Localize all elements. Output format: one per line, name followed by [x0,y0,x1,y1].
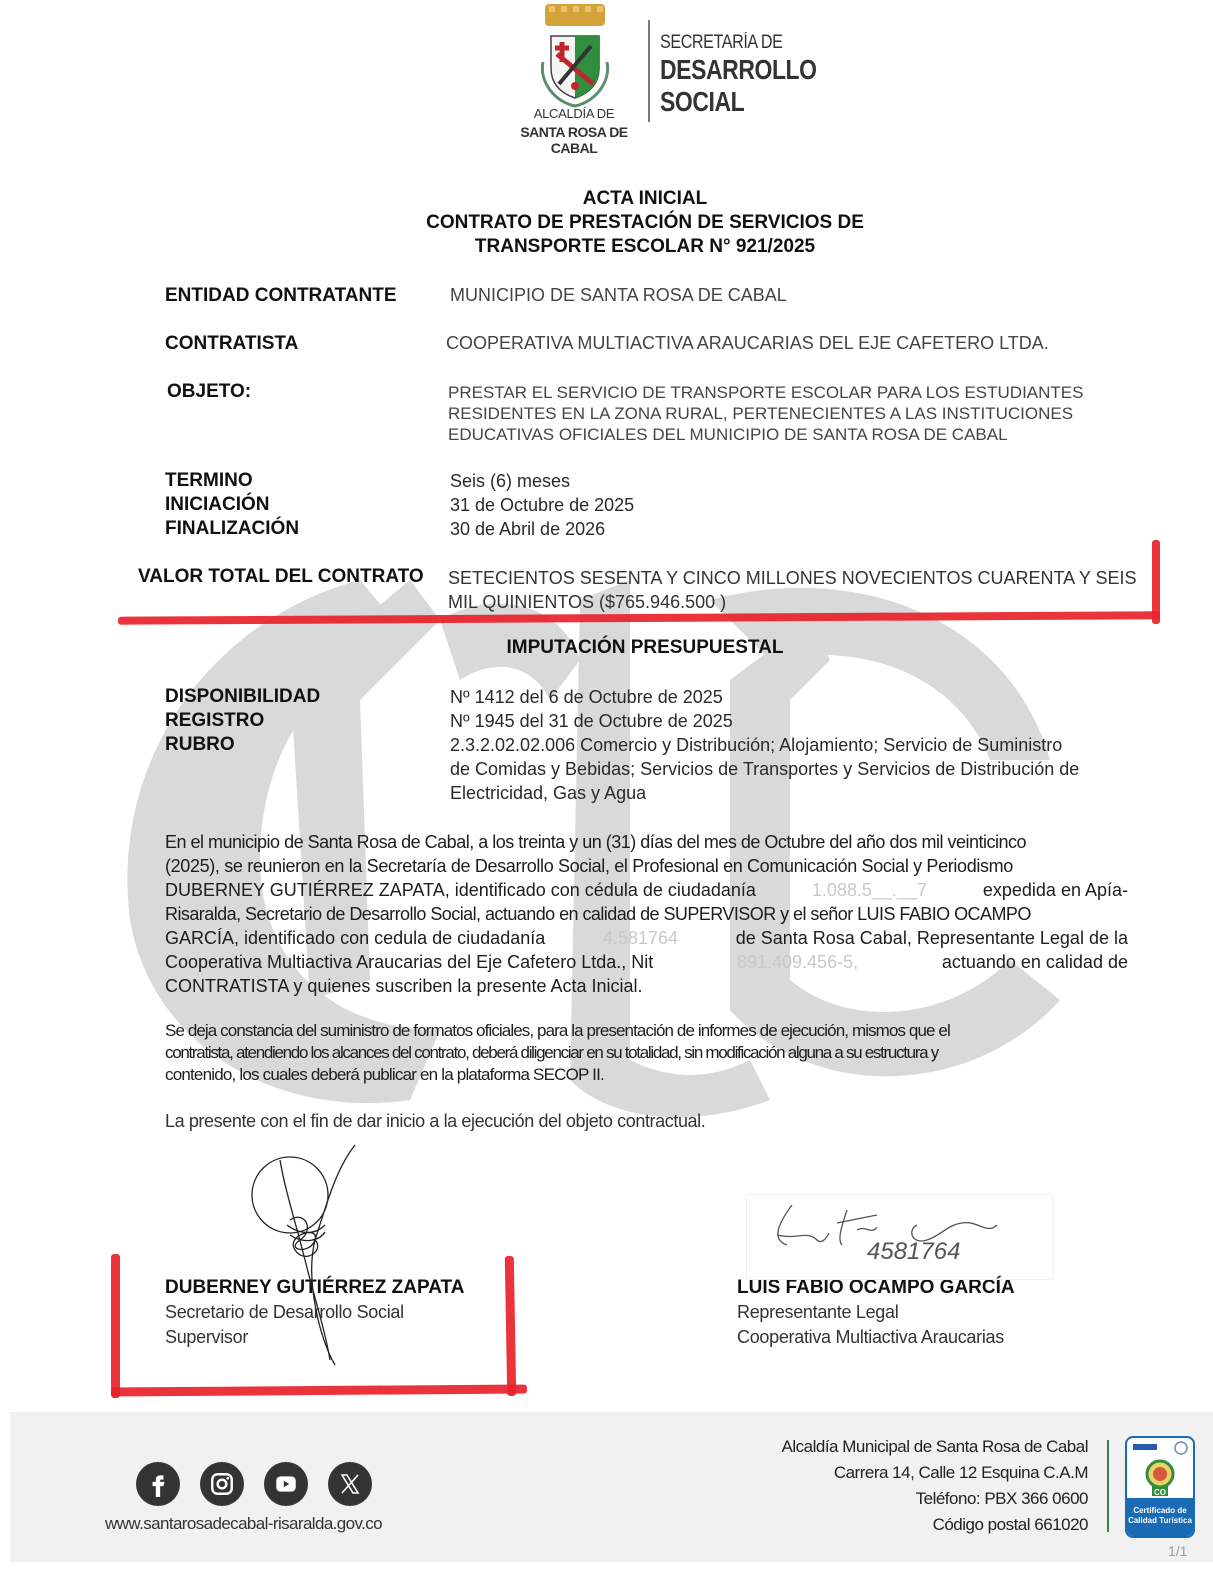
paragraph-line: contenido, los cuales deberá publicar en… [165,1064,1135,1086]
objeto-value: PRESTAR EL SERVICIO DE TRANSPORTE ESCOLA… [448,382,1083,445]
valor-value: SETECIENTOS SESENTA Y CINCO MILLONES NOV… [448,566,1137,614]
footer-address-line: Carrera 14, Calle 12 Esquina C.A.M [834,1463,1088,1483]
secretaria-name-line-1: DESARROLLO [660,54,817,86]
page-number: 1/1 [1168,1543,1187,1559]
dates-labels: TERMINO INICIACIÓN FINALIZACIÓN [165,469,299,541]
contratista-value: COOPERATIVA MULTIACTIVA ARAUCARIAS DEL E… [446,333,1049,354]
contratista-label: CONTRATISTA [165,333,298,355]
badge-line: Calidad Turística [1127,1516,1193,1526]
valor-line: SETECIENTOS SESENTA Y CINCO MILLONES NOV… [448,566,1137,590]
red-annotation-line [111,1385,527,1397]
disponibilidad-label: DISPONIBILIDAD [165,685,320,709]
municipality-label: SANTA ROSA DE CABAL [505,124,643,156]
svg-text:4581764: 4581764 [867,1238,960,1265]
document-subtitle-line-2: TRANSPORTE ESCOLAR N° 921/2025 [0,236,1213,258]
signer-right-name: LUIS FABIO OCAMPO GARCÍA [737,1277,1015,1299]
paragraph-line: Cooperativa Multiactiva Araucarias del E… [165,950,1128,974]
signature-duberney [245,1140,370,1370]
redacted-id-number: 1.088.5__.__7 [812,878,927,902]
objeto-line: PRESTAR EL SERVICIO DE TRANSPORTE ESCOLA… [448,382,1083,403]
municipal-crest-logo [535,2,615,108]
body-paragraph-2: Se deja constancia del suministro de for… [165,1020,1135,1086]
document-title: ACTA INICIAL [0,188,1213,210]
footer-phone: Teléfono: PBX 366 0600 [916,1489,1088,1509]
paragraph-line: contratista, atendiendo los alcances del… [165,1042,1135,1064]
footer-address-line: Alcaldía Municipal de Santa Rosa de Caba… [782,1437,1088,1457]
text-segment: GARCÍA, identificado con cedula de ciuda… [165,926,545,950]
termino-label: TERMINO [165,469,299,493]
signer-right-role-2: Cooperativa Multiactiva Araucarias [737,1327,1004,1348]
iniciacion-label: INICIACIÓN [165,493,299,517]
text-segment: expedida en Apía- [983,878,1128,902]
facebook-icon[interactable] [136,1462,180,1506]
signature-luis-fabio: 4581764 [746,1194,1053,1280]
secretaria-name-line-2: SOCIAL [660,86,744,118]
x-icon[interactable] [328,1462,372,1506]
youtube-icon[interactable] [264,1462,308,1506]
rubro-line: 2.3.2.02.02.006 Comercio y Distribución;… [450,733,1079,757]
body-paragraph-3: La presente con el fin de dar inicio a l… [165,1111,705,1132]
termino-value: Seis (6) meses [450,469,634,493]
finalizacion-value: 30 de Abril de 2026 [450,517,634,541]
footer-divider [1107,1440,1109,1532]
rubro-label: RUBRO [165,733,320,757]
instagram-icon[interactable] [200,1462,244,1506]
text-segment: DUBERNEY GUTIÉRREZ ZAPATA, identificado … [165,878,756,902]
redacted-id-number: 4.581764 [603,926,678,950]
dates-values: Seis (6) meses 31 de Octubre de 2025 30 … [450,469,634,541]
paragraph-line: DUBERNEY GUTIÉRREZ ZAPATA, identificado … [165,878,1128,902]
imputacion-labels: DISPONIBILIDAD REGISTRO RUBRO [165,685,320,757]
redacted-nit: 891.409.456-5, [737,950,858,974]
website-link[interactable]: www.santarosadecabal-risaralda.gov.co [105,1514,382,1534]
paragraph-line: CONTRATISTA y quienes suscriben la prese… [165,974,1128,998]
paragraph-line: Risaralda, Secretario de Desarrollo Soci… [165,902,1128,926]
text-segment: actuando en calidad de [942,950,1128,974]
rubro-line: de Comidas y Bebidas; Servicios de Trans… [450,757,1079,781]
paragraph-line: (2025), se reunieron en la Secretaría de… [165,854,1128,878]
valor-label: VALOR TOTAL DEL CONTRATO [138,566,424,588]
paragraph-line: En el municipio de Santa Rosa de Cabal, … [165,830,1128,854]
tourism-quality-badge: CO Certificado de Calidad Turística [1125,1436,1195,1538]
paragraph-line: Se deja constancia del suministro de for… [165,1020,1135,1042]
page-footer [10,1412,1213,1562]
secretaria-label: SECRETARÍA DE [660,32,783,54]
text-segment: de Santa Rosa Cabal, Representante Legal… [736,926,1128,950]
alcaldia-label: ALCALDÍA DE [512,106,636,121]
iniciacion-value: 31 de Octubre de 2025 [450,493,634,517]
text-segment: Cooperativa Multiactiva Araucarias del E… [165,950,653,974]
objeto-line: RESIDENTES EN LA ZONA RURAL, PERTENECIEN… [448,403,1083,424]
imputacion-values: Nº 1412 del 6 de Octubre de 2025 Nº 1945… [450,685,1079,805]
footer-postal-code: Código postal 661020 [933,1515,1088,1535]
registro-label: REGISTRO [165,709,320,733]
signer-left-role-2: Supervisor [165,1327,248,1348]
entidad-value: MUNICIPIO DE SANTA ROSA DE CABAL [450,285,787,306]
objeto-label: OBJETO: [167,381,251,403]
imputacion-heading: IMPUTACIÓN PRESUPUESTAL [0,637,1213,659]
valor-line: MIL QUINIENTOS ($765.946.500 ) [448,590,1137,614]
entidad-label: ENTIDAD CONTRATANTE [165,285,397,307]
body-paragraph-1: En el municipio de Santa Rosa de Cabal, … [165,830,1128,998]
header-divider [648,20,650,122]
badge-co: CO [1127,1488,1193,1497]
badge-label: Certificado de Calidad Turística [1127,1506,1193,1526]
objeto-line: EDUCATIVAS OFICIALES DEL MUNICIPIO DE SA… [448,424,1083,445]
badge-line: Certificado de [1127,1506,1193,1516]
disponibilidad-value: Nº 1412 del 6 de Octubre de 2025 [450,685,1079,709]
registro-value: Nº 1945 del 31 de Octubre de 2025 [450,709,1079,733]
document-subtitle-line-1: CONTRATO DE PRESTACIÓN DE SERVICIOS DE [0,212,1213,234]
paragraph-line: GARCÍA, identificado con cedula de ciuda… [165,926,1128,950]
red-annotation-line [505,1256,516,1396]
finalizacion-label: FINALIZACIÓN [165,517,299,541]
signer-right-role: Representante Legal [737,1302,898,1323]
red-annotation-line [111,1254,120,1398]
rubro-line: Electricidad, Gas y Agua [450,781,1079,805]
